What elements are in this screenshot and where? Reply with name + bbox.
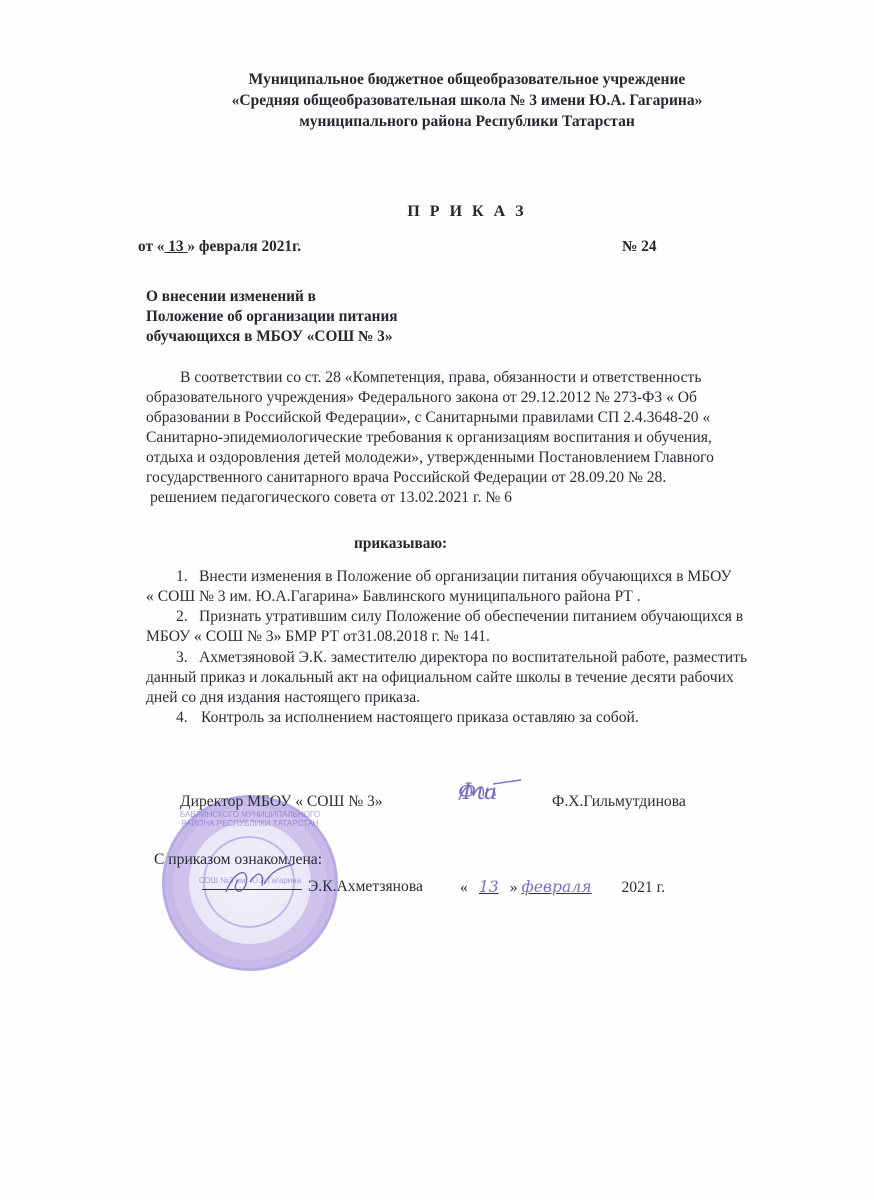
ack-date-year: 2021 г. [622,879,666,896]
order-date: от « 13 » февраля 2021г. [138,238,301,256]
preamble-line: отдыха и оздоровления детей молодежи», у… [146,449,714,467]
acknowledgement-name: Э.К.Ахметзянова [308,878,423,896]
acknowledgement-signature-stroke-icon [220,862,300,898]
preamble-line: образовательного учреждения» Федеральног… [146,389,697,407]
ack-date-mid: » [510,879,518,896]
item-2-number: 2. [176,608,188,626]
item-3-number: 3. [176,649,188,667]
date-prefix: от « [138,238,164,255]
document-title: П Р И К А З [0,203,874,221]
item-1-line: Внести изменения в Положение об организа… [199,568,732,586]
director-position: Директор МБОУ « СОШ № 3» [180,793,383,811]
preamble-line: образовании в Российской Федерации», с С… [146,409,710,427]
item-2-line: МБОУ « СОШ № 3» БМР РТ от31.08.2018 г. №… [146,628,490,646]
item-1-number: 1. [176,568,188,586]
item-1-line: « СОШ № 3 им. Ю.А.Гагарина» Бавлинского … [146,588,641,606]
stamp-outer-text: БАВЛИНСКОГО МУНИЦИПАЛЬНОГО РАЙОНА РЕСПУБ… [165,810,335,828]
item-2-line: Признать утратившим силу Положение об об… [199,608,743,626]
institution-name-line3: муниципального района Республики Татарст… [0,113,874,131]
signature-stroke-icon [455,778,525,804]
order-directive: приказываю: [354,535,447,553]
subject-line2: Положение об организации питания [146,308,398,326]
item-3-line: дней со дня издания настоящего приказа. [146,689,420,707]
item-4-number: 4. [176,709,188,727]
subject-line1: О внесении изменений в [146,288,316,306]
item-4-line: Контроль за исполнением настоящего прика… [201,709,639,727]
ack-date-open: « [460,879,468,896]
acknowledgement-date: «13» февраля2021 г. [460,878,665,897]
preamble-line: решением педагогического совета от 13.02… [150,489,512,507]
item-3-line: данный приказ и локальный акт на официал… [146,669,734,687]
ack-date-month: февраля [522,878,622,896]
director-name: Ф.Х.Гильмутдинова [552,793,686,811]
item-3-line: Ахметзяновой Э.К. заместителю директора … [199,649,747,667]
order-number: № 24 [622,238,657,256]
subject-line3: обучающихся в МБОУ «СОШ № 3» [146,328,392,346]
date-suffix: » февраля 2021г. [187,238,301,255]
preamble-line: государственного санитарного врача Росси… [146,469,666,487]
institution-name-line2: «Средняя общеобразовательная школа № 3 и… [0,92,874,110]
preamble-line: Санитарно-эпидемиологические требования … [146,429,712,447]
date-day: 13 [164,238,187,255]
institution-name-line1: Муниципальное бюджетное общеобразователь… [0,71,874,89]
ack-date-day: 13 [468,878,510,896]
preamble-line: В соответствии со ст. 28 «Компетенция, п… [180,369,701,387]
